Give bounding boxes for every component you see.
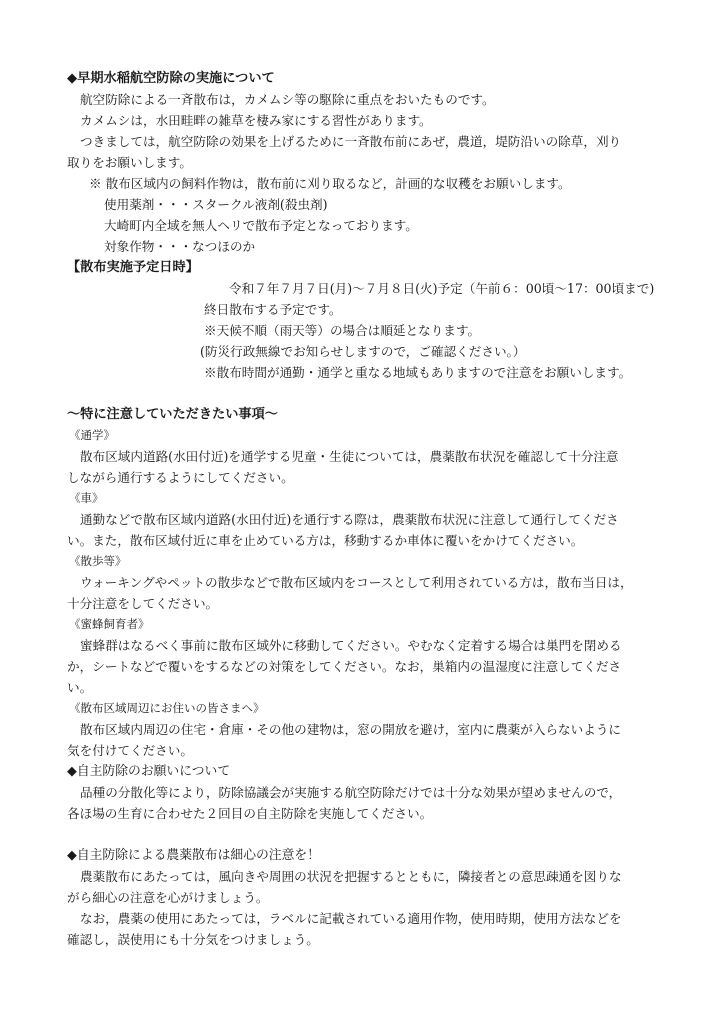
caution-text: い。また，散布区域付近に車を止めている方は，移動するか車体に覆いをかけてください… — [67, 530, 667, 551]
caution-label: 《散歩等》 — [67, 551, 667, 572]
area-info: 大崎町内全域を無人ヘリで散布予定となっております。 — [67, 215, 667, 236]
paragraph-continuation: がら細心の注意を心がけましょう。 — [67, 887, 667, 908]
paragraph: つきましては，航空防除の効果を上げるために一斉散布前にあぜ，農道，堤防沿いの除草… — [67, 131, 667, 152]
caution-label: 《通学》 — [67, 425, 667, 446]
cautions-heading: ～特に注意していただきたい事項～ — [67, 404, 667, 425]
schedule-commute-note: ※散布時間が通勤・通学と重なる地域もありますので注意をお願いします。 — [67, 362, 667, 383]
paragraph: なお，農薬の使用にあたっては，ラベルに記載されている適用作物，使用時期，使用方法… — [67, 908, 667, 929]
caution-text: 散布区域内道路(水田付近)を通学する児童・生徒については，農薬散布状況を確認して… — [67, 446, 667, 467]
document-page: ◆早期水稲航空防除の実施について 航空防除による一斉散布は，カメムシ等の駆除に重… — [67, 68, 667, 950]
caution-text: 十分注意をしてください。 — [67, 593, 667, 614]
caution-text: 散布区域内周辺の住宅・倉庫・その他の建物は，窓の開放を避け，室内に農薬が入らない… — [67, 719, 667, 740]
caution-text: い。 — [67, 677, 667, 698]
schedule-radio-note: (防災行政無線でお知らせしますので，ご確認ください。） — [67, 341, 667, 362]
section-heading-aerial-control: ◆早期水稲航空防除の実施について — [67, 68, 667, 89]
self-control-heading: ◆自主防除のお願いについて — [67, 761, 667, 782]
pesticide-care-heading: ◆自主防除による農薬散布は細心の注意を！ — [67, 845, 667, 866]
chemical-info: 使用薬剤・・・スタークル液剤(殺虫剤) — [67, 194, 667, 215]
spacer — [67, 824, 667, 845]
schedule-date: 令和７年７月７日(月)～７月８日(火)予定（午前６：00頃～17：00頃まで) — [67, 278, 667, 299]
spacer — [67, 383, 667, 404]
caution-label: 《車》 — [67, 488, 667, 509]
paragraph-continuation: 各ほ場の生育に合わせた２回目の自主防除を実施してください。 — [67, 803, 667, 824]
caution-item-car: 《車》 通勤などで散布区域内道路(水田付近)を通行する際は，農薬散布状況に注意し… — [67, 488, 667, 551]
note-feed-crops: ※ 散布区域内の飼料作物は，散布前に刈り取るなど，計画的な収穫をお願いします。 — [67, 173, 667, 194]
paragraph-continuation: 取りをお願いします。 — [67, 152, 667, 173]
schedule-allday: 終日散布する予定です。 — [67, 299, 667, 320]
paragraph: 航空防除による一斉散布は，カメムシ等の駆除に重点をおいたものです。 — [67, 89, 667, 110]
caution-item-beekeepers: 《蜜蜂飼育者》 蜜蜂群はなるべく事前に散布区域外に移動してください。やむなく定着… — [67, 614, 667, 698]
caution-item-school: 《通学》 散布区域内道路(水田付近)を通学する児童・生徒については，農薬散布状況… — [67, 425, 667, 488]
caution-text: か，シートなどで覆いをするなどの対策をしてください。なお，巣箱内の温湿度に注意し… — [67, 656, 667, 677]
caution-item-residents: 《散布区域周辺にお住いの皆さまへ》 散布区域内周辺の住宅・倉庫・その他の建物は，… — [67, 698, 667, 761]
crop-info: 対象作物・・・なつほのか — [67, 236, 667, 257]
caution-label: 《蜜蜂飼育者》 — [67, 614, 667, 635]
paragraph: 品種の分散化等により，防除協議会が実施する航空防除だけでは十分な効果が望めません… — [67, 782, 667, 803]
caution-item-walk: 《散歩等》 ウォーキングやペットの散歩などで散布区域内をコースとして利用されてい… — [67, 551, 667, 614]
caution-text: 通勤などで散布区域内道路(水田付近)を通行する際は，農薬散布状況に注意して通行し… — [67, 509, 667, 530]
paragraph: 農薬散布にあたっては，風向きや周囲の状況を把握するとともに，隣接者との意思疎通を… — [67, 866, 667, 887]
paragraph-continuation: 確認し，誤使用にも十分気をつけましょう。 — [67, 929, 667, 950]
schedule-weather-note: ※天候不順（雨天等）の場合は順延となります。 — [67, 320, 667, 341]
caution-text: 気を付けてください。 — [67, 740, 667, 761]
paragraph: カメムシは，水田畦畔の雑草を棲み家にする習性があります。 — [67, 110, 667, 131]
caution-text: ウォーキングやペットの散歩などで散布区域内をコースとして利用されている方は，散布… — [67, 572, 667, 593]
caution-text: しながら通行するようにしてください。 — [67, 467, 667, 488]
schedule-heading: 【散布実施予定日時】 — [67, 257, 667, 278]
caution-label: 《散布区域周辺にお住いの皆さまへ》 — [67, 698, 667, 719]
caution-text: 蜜蜂群はなるべく事前に散布区域外に移動してください。やむなく定着する場合は巣門を… — [67, 635, 667, 656]
